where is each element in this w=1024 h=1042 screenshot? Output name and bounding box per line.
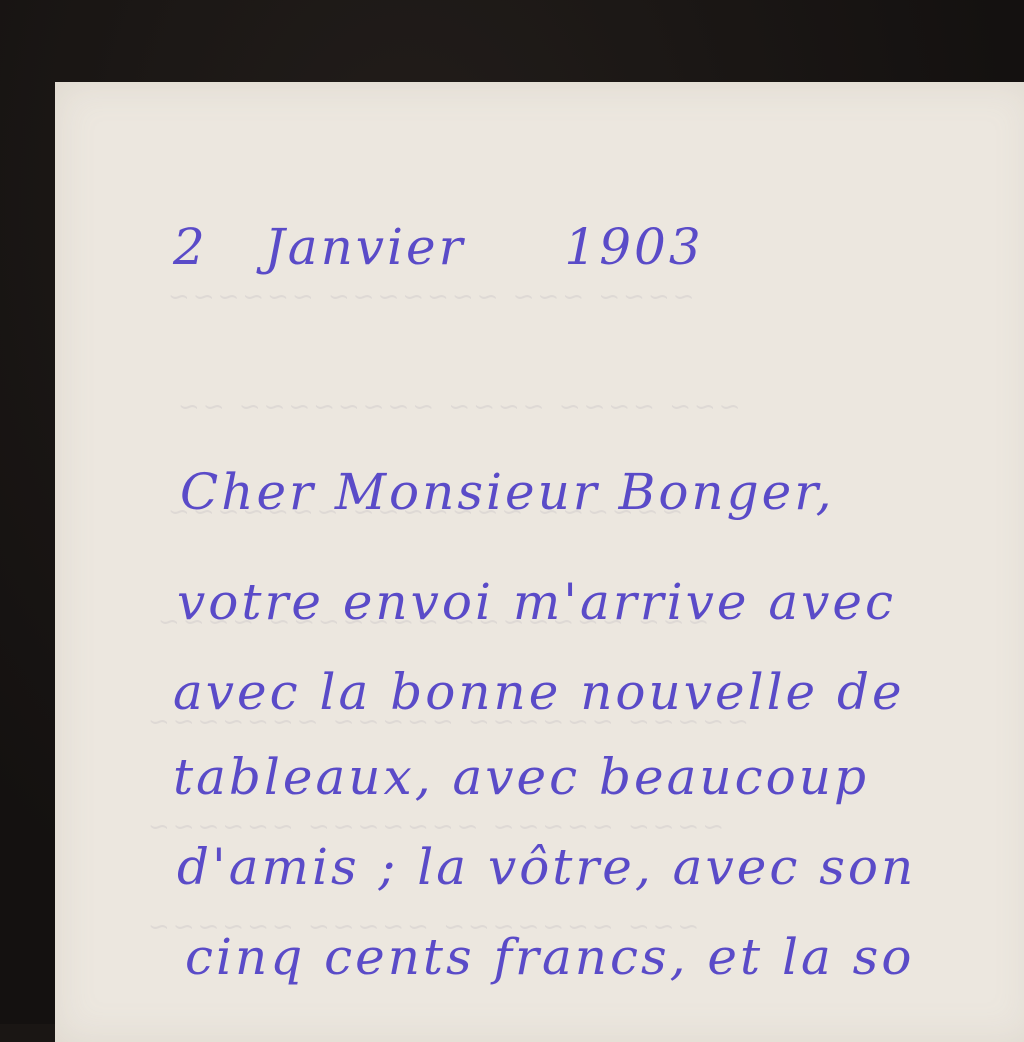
letter-line: cinq cents francs, et la so [185,932,914,982]
letter-salutation: Cher Monsieur Bonger, [180,467,835,517]
bleed-through-text: ~~~ ~~~~ ~~~~ ~~~~~~~~ ~~ [175,392,741,422]
date-day: 2 [173,218,208,276]
date-month: Janvier [265,218,466,276]
letter-line: avec la bonne nouvelle de [173,667,905,717]
letter-line: d'amis ; la vôtre, avec son [177,842,916,892]
letter-line: votre envoi m'arrive avec [177,577,896,627]
letter-page: ~~~~ ~~~ ~~~~~~~ ~~~~~~ ~~~ ~~~~ ~~~~ ~~… [55,82,1024,1024]
date-year: 1903 [564,218,703,276]
bleed-through-text: ~~~~ ~~~ ~~~~~~~ ~~~~~~ [165,282,695,312]
letter-date: 2 Janvier 1903 [173,222,742,272]
letter-line: tableaux, avec beaucoup [173,752,869,802]
